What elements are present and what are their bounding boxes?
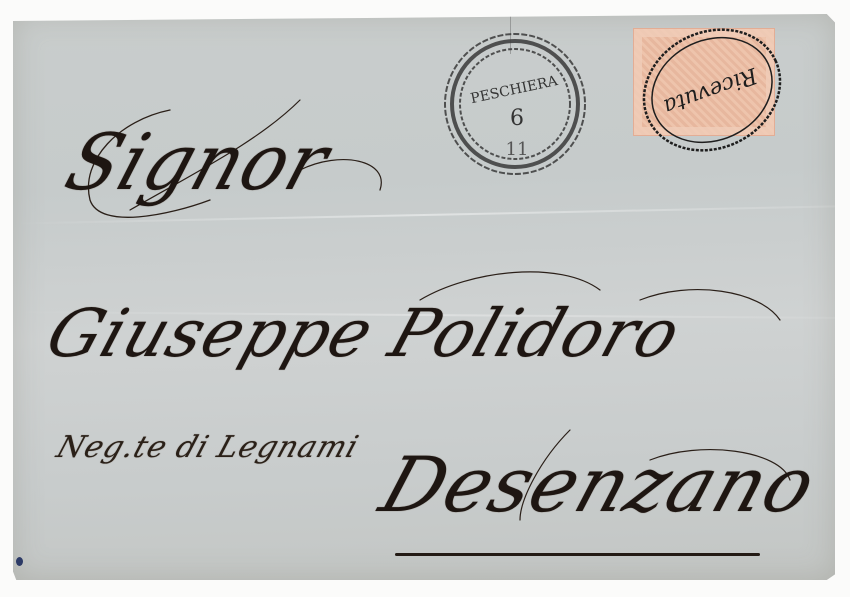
postmark-month: 11 [506,139,529,160]
ink-spot [16,557,23,566]
stamp-cancel-text: Ricevuta [660,62,761,119]
postmark-day: 6 [510,106,524,131]
postmark-town: PESCHIERA [469,73,560,107]
fold-line [13,205,835,224]
recipient-occupation: Neg.te di Legnami [52,430,363,465]
postmark: PESCHIERA 6 11 [441,30,589,178]
salutation: Signor [55,118,340,208]
recipient-name: Giuseppe Polidoro [37,295,690,372]
destination-underline [395,553,760,556]
stamp-cancellation: Ricevuta [630,24,790,162]
destination-town: Desenzano [371,440,828,529]
